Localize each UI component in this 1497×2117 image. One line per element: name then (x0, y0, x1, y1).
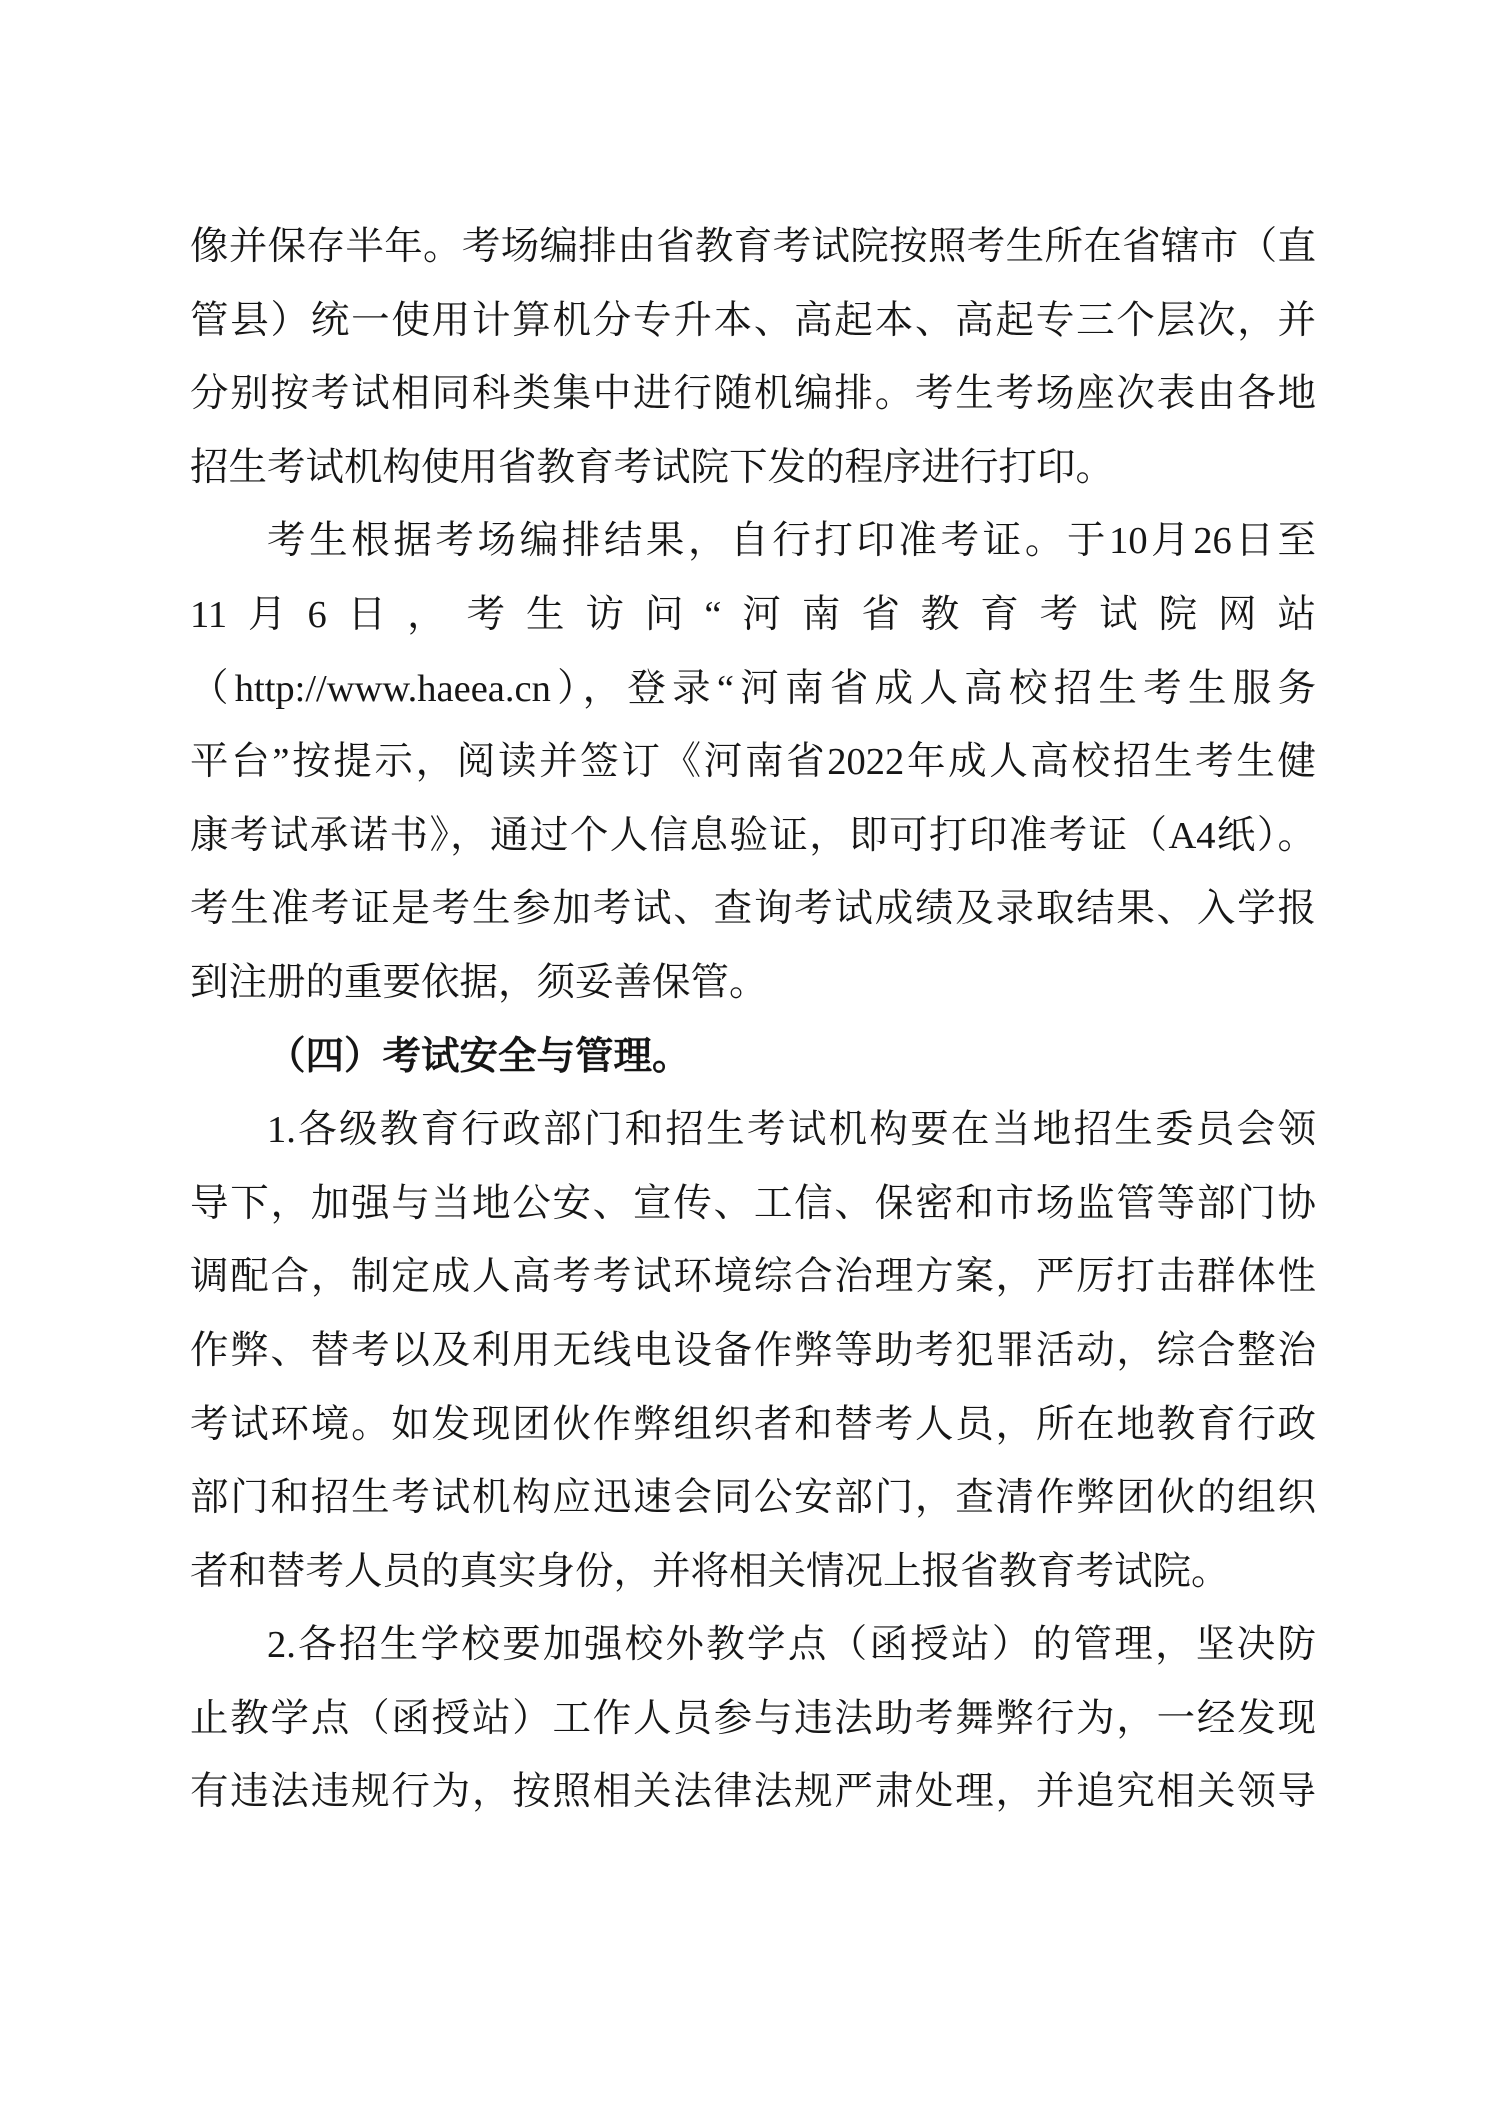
text-line: 分别按考试相同科类集中进行随机编排。考生考场座次表由各地 (190, 358, 1316, 432)
text-line: 招生考试机构使用省教育考试院下发的程序进行打印。 (190, 432, 1316, 506)
document-body: 像并保存半年。考场编排由省教育考试院按照考生所在省辖市（直 管县）统一使用计算机… (190, 211, 1316, 1830)
text-line: 管县）统一使用计算机分专升本、高起本、高起专三个层次，并 (190, 285, 1316, 359)
text-line: 考试环境。如发现团伙作弊组织者和替考人员，所在地教育行政 (190, 1389, 1316, 1463)
section-heading: （四）考试安全与管理。 (190, 1021, 1316, 1095)
text-line: 2.各招生学校要加强校外教学点（函授站）的管理，坚决防 (190, 1609, 1316, 1683)
text-line: 调配合，制定成人高考考试环境综合治理方案，严厉打击群体性 (190, 1241, 1316, 1315)
text-line: 部门和招生考试机构应迅速会同公安部门，查清作弊团伙的组织 (190, 1462, 1316, 1536)
text-line: 有违法违规行为，按照相关法律法规严肃处理，并追究相关领导 (190, 1756, 1316, 1830)
text-line: 止教学点（函授站）工作人员参与违法助考舞弊行为，一经发现 (190, 1683, 1316, 1757)
text-line: 导下，加强与当地公安、宣传、工信、保密和市场监管等部门协 (190, 1168, 1316, 1242)
text-line: 平台”按提示，阅读并签订《河南省2022年成人高校招生考生健 (190, 726, 1316, 800)
document-page: 像并保存半年。考场编排由省教育考试院按照考生所在省辖市（直 管县）统一使用计算机… (0, 0, 1497, 2117)
text-line: 康考试承诺书》，通过个人信息验证，即可打印准考证（A4纸）。 (190, 800, 1316, 874)
text-line: 作弊、替考以及利用无线电设备作弊等助考犯罪活动，综合整治 (190, 1315, 1316, 1389)
text-line: 者和替考人员的真实身份，并将相关情况上报省教育考试院。 (190, 1536, 1316, 1610)
text-line: 考生根据考场编排结果，自行打印准考证。于10月26日至 (190, 505, 1316, 579)
text-line: 到注册的重要依据，须妥善保管。 (190, 947, 1316, 1021)
text-line: 考生准考证是考生参加考试、查询考试成绩及录取结果、入学报 (190, 873, 1316, 947)
text-line: 11月6日，考生访问“河南省教育考试院网站 (190, 579, 1316, 653)
text-line: 1.各级教育行政部门和招生考试机构要在当地招生委员会领 (190, 1094, 1316, 1168)
text-line: （http://www.haeea.cn），登录“河南省成人高校招生考生服务 (190, 653, 1316, 727)
text-line: 像并保存半年。考场编排由省教育考试院按照考生所在省辖市（直 (190, 211, 1316, 285)
